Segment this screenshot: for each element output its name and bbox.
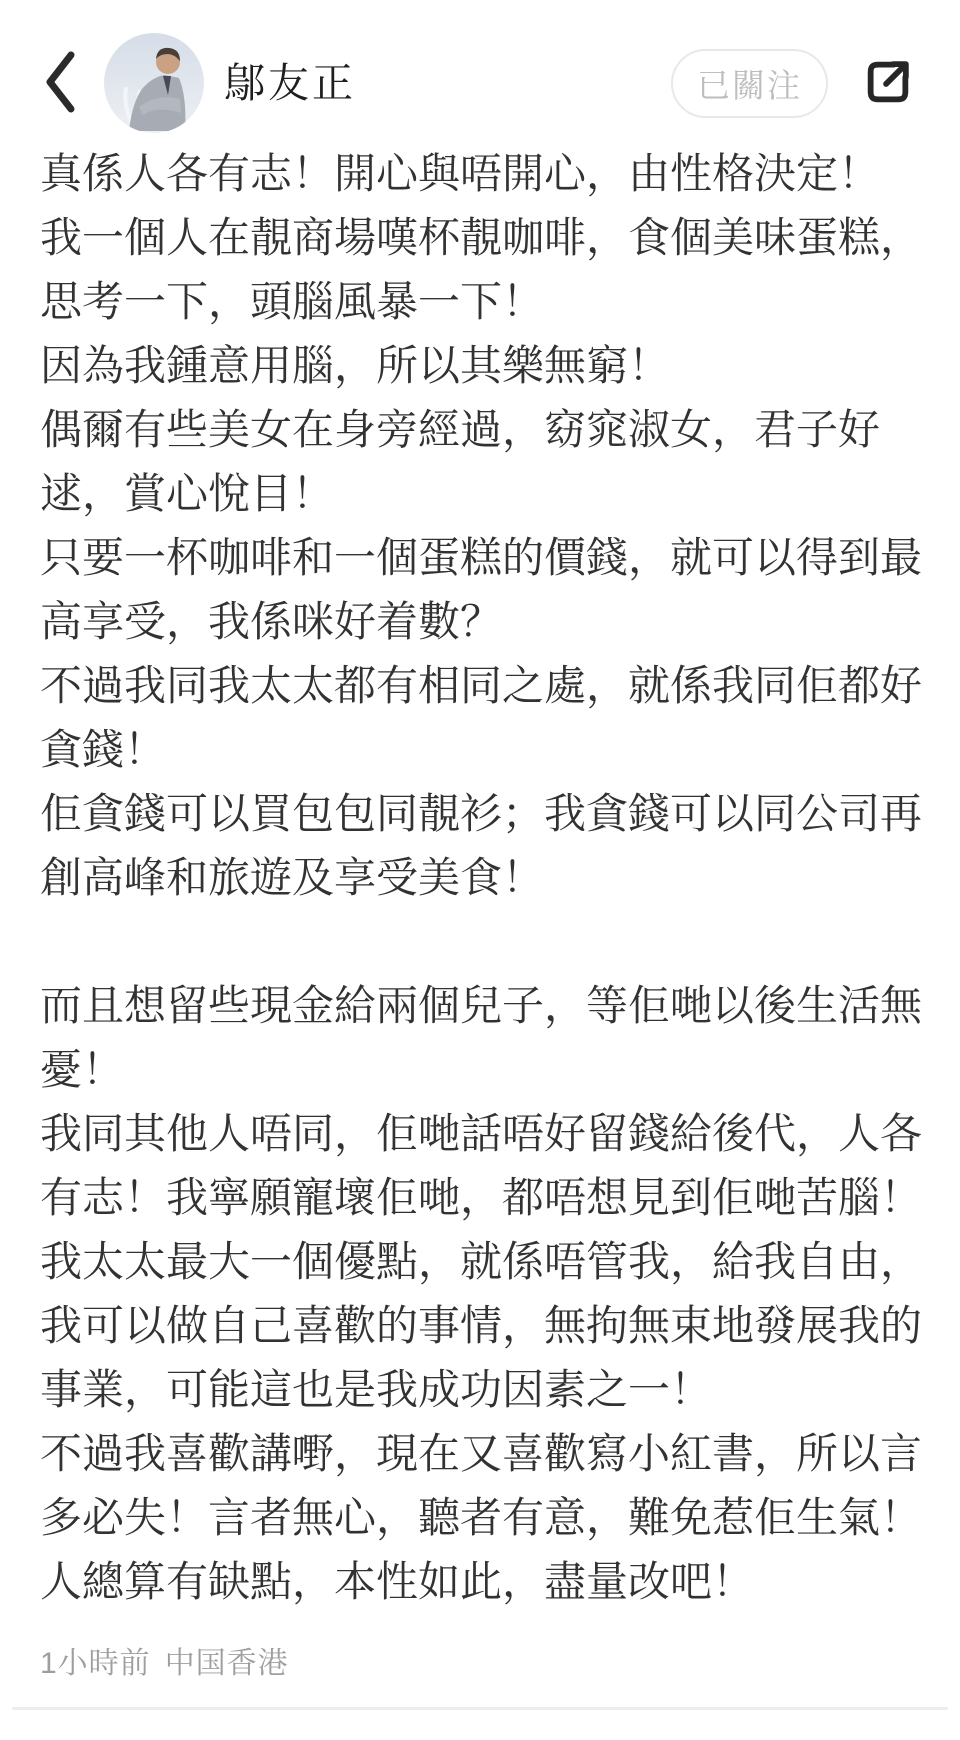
post-paragraph: 我同其他人唔同，佢哋話唔好留錢給後代，人各有志！我寧願寵壞佢哋，都唔想見到佢哋苦… xyxy=(40,1102,926,1230)
post-paragraph: 我太太最大一個優點，就係唔管我，給我自由，我可以做自己喜歡的事情，無拘無束地發展… xyxy=(40,1230,926,1422)
back-button[interactable] xyxy=(38,48,82,120)
post-paragraph: 因為我鍾意用腦，所以其樂無窮！ xyxy=(40,334,926,398)
post-paragraph-blank xyxy=(40,910,926,974)
post-body: 真係人各有志！開心與唔開心，由性格決定！我一個人在靚商場嘆杯靚咖啡，食個美味蛋糕… xyxy=(40,142,926,1614)
post-paragraph: 偶爾有些美女在身旁經過，窈窕淑女，君子好逑，賞心悅目！ xyxy=(40,398,926,526)
post-location: 中国香港 xyxy=(165,1638,289,1682)
avatar[interactable] xyxy=(104,33,204,133)
user-name[interactable]: 鄔友正 xyxy=(224,60,356,106)
post-header: 鄔友正 已關注 xyxy=(0,0,960,142)
chevron-left-icon xyxy=(38,46,82,123)
follow-button[interactable]: 已關注 xyxy=(671,49,828,118)
post-paragraph: 不過我喜歡講嘢，現在又喜歡寫小紅書，所以言多必失！言者無心，聽者有意，難免惹佢生… xyxy=(40,1422,926,1550)
post-paragraph: 我一個人在靚商場嘆杯靚咖啡，食個美味蛋糕，思考一下，頭腦風暴一下！ xyxy=(40,206,926,334)
post-paragraph: 而且想留些現金給兩個兒子，等佢哋以後生活無憂！ xyxy=(40,974,926,1102)
post-paragraph: 人總算有缺點，本性如此，盡量改吧！ xyxy=(40,1550,926,1614)
post-timestamp: 1小時前 xyxy=(40,1638,151,1682)
section-divider xyxy=(12,1707,948,1710)
share-button[interactable] xyxy=(861,55,915,109)
post-paragraph: 真係人各有志！開心與唔開心，由性格決定！ xyxy=(40,142,926,206)
post-detail-page: 鄔友正 已關注 真係人各有志！開心與唔開心，由性格決定！我一個人在靚商場嘆杯靚咖… xyxy=(0,0,960,1740)
post-paragraph: 不過我同我太太都有相同之處，就係我同佢都好貪錢！ xyxy=(40,654,926,782)
post-paragraph: 只要一杯咖啡和一個蛋糕的價錢，就可以得到最高享受，我係咪好着數？ xyxy=(40,526,926,654)
post-paragraph: 佢貪錢可以買包包同靚衫；我貪錢可以同公司再創高峰和旅遊及享受美食！ xyxy=(40,782,926,910)
post-meta: 1小時前 中国香港 xyxy=(40,1638,289,1682)
avatar-photo-placeholder xyxy=(104,33,204,133)
share-export-icon xyxy=(861,96,915,113)
